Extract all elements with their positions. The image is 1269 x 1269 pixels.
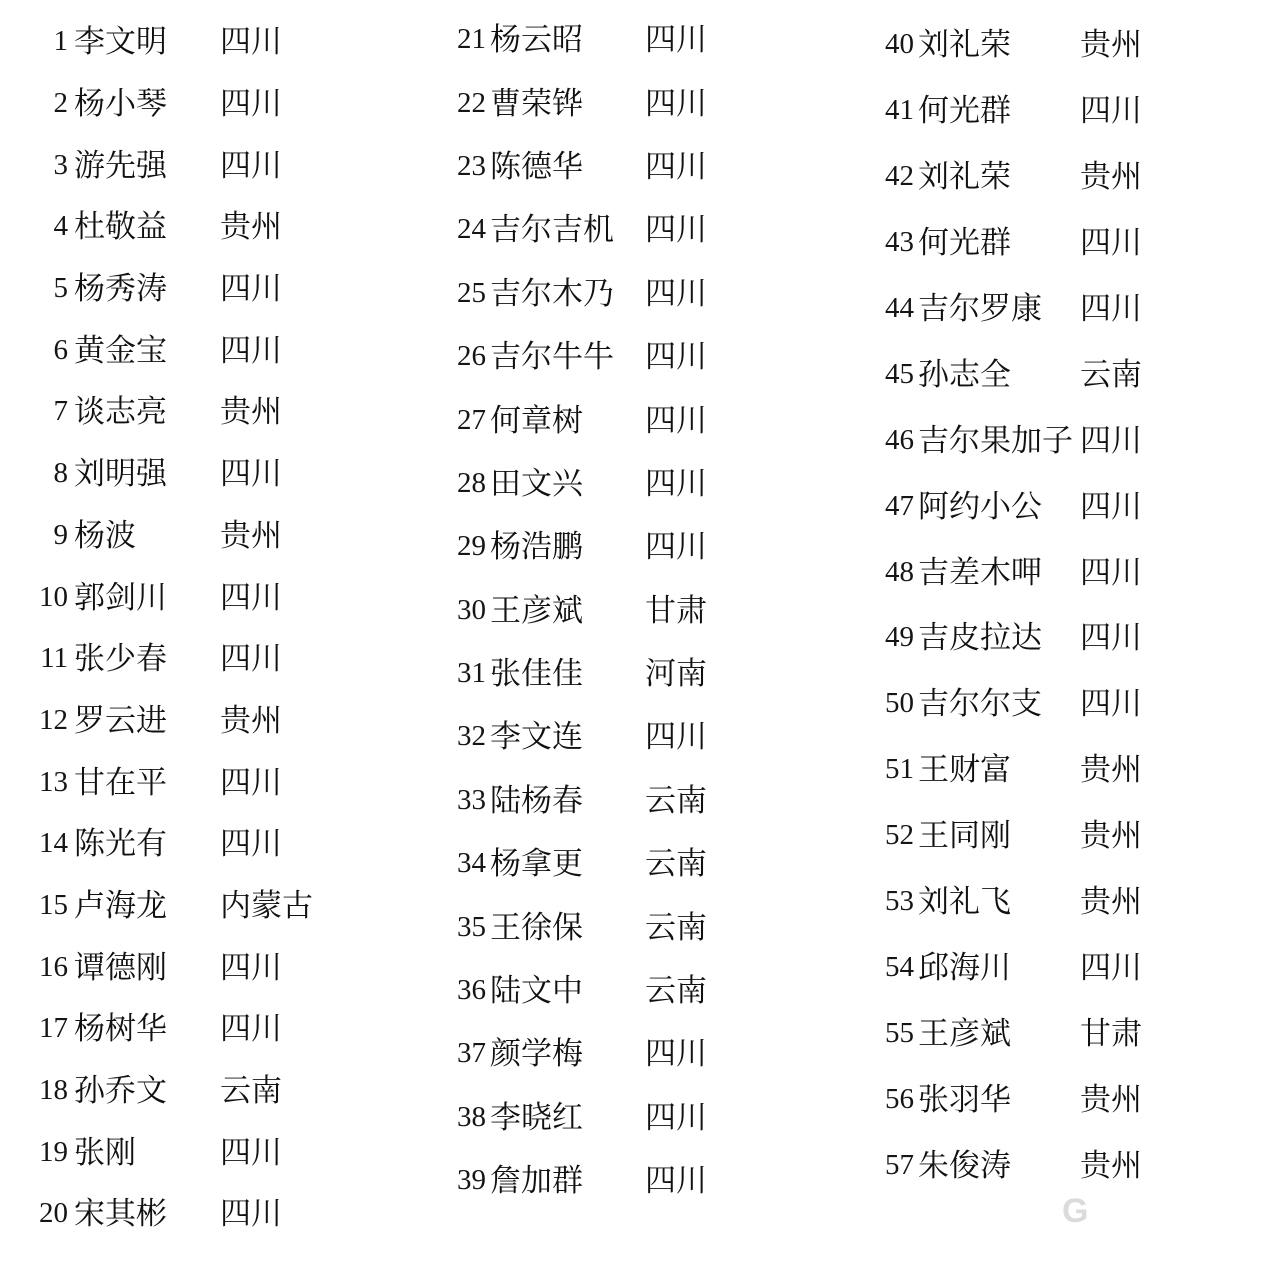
list-item: 18 孙乔文 云南 xyxy=(30,1060,422,1122)
entry-province: 四川 xyxy=(220,582,422,613)
list-item: 38 李晓红 四川 xyxy=(450,1086,842,1149)
entry-province: 四川 xyxy=(1080,293,1269,324)
list-item: 32 李文连 四川 xyxy=(450,705,842,768)
list-item: 23 陈德华 四川 xyxy=(450,135,842,198)
entry-name: 卢海龙 xyxy=(74,890,214,921)
list-item: 21 杨云昭 四川 xyxy=(450,8,842,71)
entry-name: 王徐保 xyxy=(490,912,641,943)
entry-province: 贵州 xyxy=(1080,1084,1269,1115)
list-item: 31 张佳佳 河南 xyxy=(450,642,842,705)
entry-number: 3 xyxy=(30,149,68,182)
entry-province: 四川 xyxy=(220,1137,422,1168)
entry-number: 29 xyxy=(450,530,486,563)
entry-name: 邱海川 xyxy=(918,952,1076,983)
entry-province: 贵州 xyxy=(220,396,422,427)
name-list-page: 1 李文明 四川 2 杨小琴 四川 3 游先强 四川 4 杜敬益 贵州 5 杨秀… xyxy=(0,0,1269,1269)
entry-name: 吉尔果加子 xyxy=(918,425,1076,456)
entry-province: 四川 xyxy=(645,24,842,55)
entry-number: 52 xyxy=(880,819,914,852)
list-item: 39 詹加群 四川 xyxy=(450,1149,842,1212)
entry-number: 41 xyxy=(880,94,914,127)
entry-name: 张羽华 xyxy=(918,1084,1076,1115)
entry-number: 26 xyxy=(450,340,486,373)
list-item: 34 杨拿更 云南 xyxy=(450,832,842,895)
entry-number: 38 xyxy=(450,1101,486,1134)
entry-province: 四川 xyxy=(220,767,422,798)
entry-number: 57 xyxy=(880,1149,914,1182)
entry-province: 四川 xyxy=(220,828,422,859)
entry-province: 四川 xyxy=(645,721,842,752)
entry-name: 杨树华 xyxy=(74,1013,214,1044)
entry-province: 四川 xyxy=(645,88,842,119)
entry-number: 33 xyxy=(450,784,486,817)
entry-number: 23 xyxy=(450,150,486,183)
list-item: 3 游先强 四川 xyxy=(30,134,422,196)
entry-name: 吉皮拉达 xyxy=(918,622,1076,653)
entry-province: 贵州 xyxy=(1080,820,1269,851)
entry-number: 31 xyxy=(450,657,486,690)
entry-name: 杨浩鹏 xyxy=(490,531,641,562)
list-item: 47 阿约小公 四川 xyxy=(880,473,1269,539)
entry-number: 4 xyxy=(30,210,68,243)
entry-name: 陆文中 xyxy=(490,975,641,1006)
watermark-g: G xyxy=(1062,1194,1088,1228)
entry-number: 15 xyxy=(30,889,68,922)
list-item: 40 刘礼荣 贵州 xyxy=(880,12,1269,78)
entry-province: 四川 xyxy=(220,26,422,57)
entry-province: 四川 xyxy=(1080,622,1269,653)
entry-number: 39 xyxy=(450,1164,486,1197)
entry-province: 贵州 xyxy=(220,211,422,242)
name-list-column-1: 1 李文明 四川 2 杨小琴 四川 3 游先强 四川 4 杜敬益 贵州 5 杨秀… xyxy=(30,11,422,1245)
list-item: 6 黄金宝 四川 xyxy=(30,319,422,381)
entry-name: 吉尔木乃 xyxy=(490,278,641,309)
entry-province: 贵州 xyxy=(1080,161,1269,192)
name-list-column-2: 21 杨云昭 四川 22 曹荣铧 四川 23 陈德华 四川 24 吉尔吉机 四川… xyxy=(450,8,842,1212)
entry-number: 16 xyxy=(30,951,68,984)
list-item: 33 陆杨春 云南 xyxy=(450,769,842,832)
entry-number: 27 xyxy=(450,404,486,437)
entry-name: 谈志亮 xyxy=(74,396,214,427)
entry-number: 42 xyxy=(880,160,914,193)
entry-province: 贵州 xyxy=(1080,886,1269,917)
list-item: 22 曹荣铧 四川 xyxy=(450,71,842,134)
entry-number: 32 xyxy=(450,720,486,753)
entry-province: 四川 xyxy=(645,341,842,372)
entry-name: 孙志全 xyxy=(918,359,1076,390)
entry-province: 贵州 xyxy=(220,705,422,736)
list-item: 27 何章树 四川 xyxy=(450,388,842,451)
list-item: 9 杨波 贵州 xyxy=(30,505,422,567)
entry-name: 王彦斌 xyxy=(918,1018,1076,1049)
entry-name: 颜学梅 xyxy=(490,1038,641,1069)
entry-province: 四川 xyxy=(645,405,842,436)
entry-province: 云南 xyxy=(645,848,842,879)
entry-name: 李文连 xyxy=(490,721,641,752)
entry-province: 四川 xyxy=(1080,557,1269,588)
entry-name: 张佳佳 xyxy=(490,658,641,689)
entry-province: 甘肃 xyxy=(1080,1018,1269,1049)
list-item: 56 张羽华 贵州 xyxy=(880,1066,1269,1132)
entry-name: 詹加群 xyxy=(490,1165,641,1196)
entry-number: 17 xyxy=(30,1012,68,1045)
entry-name: 刘礼荣 xyxy=(918,29,1076,60)
entry-number: 12 xyxy=(30,704,68,737)
entry-number: 13 xyxy=(30,766,68,799)
entry-name: 刘礼荣 xyxy=(918,161,1076,192)
entry-name: 王财富 xyxy=(918,754,1076,785)
entry-province: 云南 xyxy=(645,912,842,943)
list-item: 36 陆文中 云南 xyxy=(450,959,842,1022)
list-item: 17 杨树华 四川 xyxy=(30,998,422,1060)
entry-province: 云南 xyxy=(645,975,842,1006)
entry-province: 四川 xyxy=(645,468,842,499)
list-item: 42 刘礼荣 贵州 xyxy=(880,144,1269,210)
entry-number: 56 xyxy=(880,1083,914,1116)
name-list-column-3: 40 刘礼荣 贵州 41 何光群 四川 42 刘礼荣 贵州 43 何光群 四川 … xyxy=(880,12,1269,1198)
entry-number: 25 xyxy=(450,277,486,310)
entry-name: 吉尔罗康 xyxy=(918,293,1076,324)
entry-province: 四川 xyxy=(1080,95,1269,126)
entry-province: 四川 xyxy=(645,1102,842,1133)
list-item: 54 邱海川 四川 xyxy=(880,934,1269,1000)
entry-number: 55 xyxy=(880,1017,914,1050)
entry-number: 2 xyxy=(30,87,68,120)
entry-name: 杨波 xyxy=(74,520,214,551)
entry-province: 四川 xyxy=(1080,952,1269,983)
entry-name: 谭德刚 xyxy=(74,952,214,983)
list-item: 8 刘明强 四川 xyxy=(30,443,422,505)
entry-number: 49 xyxy=(880,621,914,654)
entry-number: 46 xyxy=(880,424,914,457)
entry-province: 四川 xyxy=(645,1165,842,1196)
entry-number: 9 xyxy=(30,519,68,552)
entry-number: 44 xyxy=(880,292,914,325)
entry-province: 贵州 xyxy=(1080,29,1269,60)
entry-number: 20 xyxy=(30,1197,68,1230)
entry-number: 47 xyxy=(880,490,914,523)
list-item: 7 谈志亮 贵州 xyxy=(30,381,422,443)
entry-number: 6 xyxy=(30,334,68,367)
entry-name: 张少春 xyxy=(74,643,214,674)
list-item: 24 吉尔吉机 四川 xyxy=(450,198,842,261)
entry-number: 8 xyxy=(30,457,68,490)
entry-number: 21 xyxy=(450,23,486,56)
entry-province: 云南 xyxy=(220,1075,422,1106)
list-item: 41 何光群 四川 xyxy=(880,78,1269,144)
entry-number: 7 xyxy=(30,395,68,428)
list-item: 5 杨秀涛 四川 xyxy=(30,258,422,320)
entry-name: 陆杨春 xyxy=(490,785,641,816)
list-item: 12 罗云进 贵州 xyxy=(30,690,422,752)
entry-number: 51 xyxy=(880,753,914,786)
entry-number: 54 xyxy=(880,951,914,984)
list-item: 4 杜敬益 贵州 xyxy=(30,196,422,258)
entry-province: 四川 xyxy=(645,531,842,562)
list-item: 25 吉尔木乃 四川 xyxy=(450,262,842,325)
entry-number: 24 xyxy=(450,213,486,246)
entry-number: 34 xyxy=(450,847,486,880)
list-item: 48 吉差木呷 四川 xyxy=(880,539,1269,605)
entry-name: 陈光有 xyxy=(74,828,214,859)
entry-name: 吉差木呷 xyxy=(918,557,1076,588)
list-item: 29 杨浩鹏 四川 xyxy=(450,515,842,578)
entry-number: 40 xyxy=(880,28,914,61)
list-item: 43 何光群 四川 xyxy=(880,210,1269,276)
entry-name: 王彦斌 xyxy=(490,595,641,626)
entry-name: 张刚 xyxy=(74,1137,214,1168)
entry-name: 孙乔文 xyxy=(74,1075,214,1106)
entry-name: 郭剑川 xyxy=(74,582,214,613)
entry-name: 吉尔牛牛 xyxy=(490,341,641,372)
entry-name: 李晓红 xyxy=(490,1102,641,1133)
entry-number: 14 xyxy=(30,827,68,860)
entry-name: 朱俊涛 xyxy=(918,1150,1076,1181)
list-item: 53 刘礼飞 贵州 xyxy=(880,869,1269,935)
entry-province: 四川 xyxy=(220,88,422,119)
entry-number: 28 xyxy=(450,467,486,500)
entry-province: 四川 xyxy=(1080,688,1269,719)
entry-number: 22 xyxy=(450,87,486,120)
entry-province: 贵州 xyxy=(220,520,422,551)
entry-number: 1 xyxy=(30,25,68,58)
entry-name: 罗云进 xyxy=(74,705,214,736)
entry-province: 四川 xyxy=(645,278,842,309)
entry-province: 四川 xyxy=(220,952,422,983)
list-item: 51 王财富 贵州 xyxy=(880,737,1269,803)
list-item: 13 甘在平 四川 xyxy=(30,751,422,813)
entry-number: 10 xyxy=(30,581,68,614)
entry-name: 杨秀涛 xyxy=(74,273,214,304)
entry-name: 何光群 xyxy=(918,95,1076,126)
entry-name: 吉尔吉机 xyxy=(490,214,641,245)
entry-number: 48 xyxy=(880,556,914,589)
entry-name: 宋其彬 xyxy=(74,1198,214,1229)
entry-province: 河南 xyxy=(645,658,842,689)
entry-number: 53 xyxy=(880,885,914,918)
list-item: 37 颜学梅 四川 xyxy=(450,1022,842,1085)
entry-name: 王同刚 xyxy=(918,820,1076,851)
entry-name: 李文明 xyxy=(74,26,214,57)
entry-number: 11 xyxy=(30,642,68,675)
entry-province: 甘肃 xyxy=(645,595,842,626)
list-item: 30 王彦斌 甘肃 xyxy=(450,579,842,642)
list-item: 45 孙志全 云南 xyxy=(880,341,1269,407)
entry-number: 50 xyxy=(880,687,914,720)
list-item: 16 谭德刚 四川 xyxy=(30,936,422,998)
entry-name: 刘明强 xyxy=(74,458,214,489)
list-item: 15 卢海龙 内蒙古 xyxy=(30,875,422,937)
entry-province: 四川 xyxy=(220,335,422,366)
entry-province: 贵州 xyxy=(1080,1150,1269,1181)
entry-province: 四川 xyxy=(1080,227,1269,258)
entry-province: 云南 xyxy=(645,785,842,816)
entry-number: 35 xyxy=(450,911,486,944)
entry-province: 四川 xyxy=(220,273,422,304)
list-item: 14 陈光有 四川 xyxy=(30,813,422,875)
entry-province: 四川 xyxy=(220,1013,422,1044)
entry-province: 内蒙古 xyxy=(220,890,422,921)
list-item: 20 宋其彬 四川 xyxy=(30,1183,422,1245)
list-item: 55 王彦斌 甘肃 xyxy=(880,1000,1269,1066)
list-item: 35 王徐保 云南 xyxy=(450,895,842,958)
entry-name: 杜敬益 xyxy=(74,211,214,242)
entry-name: 黄金宝 xyxy=(74,335,214,366)
entry-province: 四川 xyxy=(1080,425,1269,456)
entry-province: 四川 xyxy=(645,151,842,182)
list-item: 44 吉尔罗康 四川 xyxy=(880,276,1269,342)
list-item: 19 张刚 四川 xyxy=(30,1121,422,1183)
entry-name: 吉尔尔支 xyxy=(918,688,1076,719)
entry-number: 37 xyxy=(450,1037,486,1070)
list-item: 1 李文明 四川 xyxy=(30,11,422,73)
entry-province: 云南 xyxy=(1080,359,1269,390)
entry-number: 30 xyxy=(450,594,486,627)
entry-number: 18 xyxy=(30,1074,68,1107)
entry-name: 曹荣铧 xyxy=(490,88,641,119)
list-item: 52 王同刚 贵州 xyxy=(880,803,1269,869)
entry-province: 四川 xyxy=(220,1198,422,1229)
entry-number: 19 xyxy=(30,1136,68,1169)
list-item: 46 吉尔果加子 四川 xyxy=(880,407,1269,473)
entry-name: 杨拿更 xyxy=(490,848,641,879)
entry-province: 贵州 xyxy=(1080,754,1269,785)
entry-name: 陈德华 xyxy=(490,151,641,182)
entry-name: 阿约小公 xyxy=(918,491,1076,522)
entry-name: 刘礼飞 xyxy=(918,886,1076,917)
list-item: 2 杨小琴 四川 xyxy=(30,73,422,135)
entry-province: 四川 xyxy=(220,643,422,674)
entry-province: 四川 xyxy=(645,214,842,245)
list-item: 10 郭剑川 四川 xyxy=(30,566,422,628)
entry-province: 四川 xyxy=(220,150,422,181)
entry-name: 何光群 xyxy=(918,227,1076,258)
list-item: 26 吉尔牛牛 四川 xyxy=(450,325,842,388)
entry-name: 田文兴 xyxy=(490,468,641,499)
list-item: 50 吉尔尔支 四川 xyxy=(880,671,1269,737)
entry-province: 四川 xyxy=(1080,491,1269,522)
entry-name: 甘在平 xyxy=(74,767,214,798)
entry-number: 43 xyxy=(880,226,914,259)
list-item: 28 田文兴 四川 xyxy=(450,452,842,515)
list-item: 11 张少春 四川 xyxy=(30,628,422,690)
entry-name: 杨小琴 xyxy=(74,88,214,119)
list-item: 57 朱俊涛 贵州 xyxy=(880,1132,1269,1198)
entry-province: 四川 xyxy=(220,458,422,489)
entry-number: 5 xyxy=(30,272,68,305)
list-item: 49 吉皮拉达 四川 xyxy=(880,605,1269,671)
entry-name: 杨云昭 xyxy=(490,24,641,55)
entry-number: 36 xyxy=(450,974,486,1007)
entry-number: 45 xyxy=(880,358,914,391)
entry-province: 四川 xyxy=(645,1038,842,1069)
entry-name: 何章树 xyxy=(490,405,641,436)
entry-name: 游先强 xyxy=(74,150,214,181)
